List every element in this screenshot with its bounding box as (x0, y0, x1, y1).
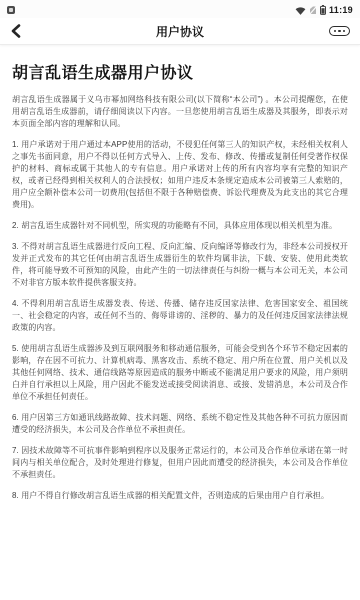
nav-bar: 用户协议 (0, 18, 360, 45)
back-chevron-icon (10, 24, 22, 38)
app-screen: 11:19 用户协议 胡言乱语生成器用户协议 胡言乱语生成器属于义乌市幂加网络科… (0, 0, 360, 600)
agreement-paragraph-7: 7. 因技术故障等不可抗事件影响到程序以及服务正常运行的，本公司及合作单位承诺在… (12, 445, 348, 481)
page-title: 用户协议 (0, 23, 360, 40)
agreement-paragraph-4: 4. 不得利用胡言乱语生成器发表、传送、传播、储存违反国家法律、危害国家安全、祖… (12, 298, 348, 334)
agreement-paragraph-1: 1. 用户承诺对于用户通过本APP使用的活动，不侵犯任何第三人的知识产权，未经相… (12, 139, 348, 211)
agreement-paragraph-6: 6. 用户因第三方如通讯线路故障、技术问题、网络、系统不稳定性及其他各种不可抗力… (12, 412, 348, 436)
agreement-paragraph-8: 8. 用户不得自行修改胡言乱语生成器的相关配置文件，否则造成的后果由用户自行承担… (12, 490, 348, 502)
agreement-title: 胡言乱语生成器用户协议 (12, 60, 348, 83)
agreement-content: 胡言乱语生成器用户协议 胡言乱语生成器属于义乌市幂加网络科技有限公司(以下简称“… (0, 45, 360, 502)
battery-icon (320, 5, 326, 15)
status-bar: 11:19 (0, 0, 360, 18)
back-button[interactable] (10, 24, 22, 38)
agreement-paragraph-3: 3. 不得对胡言乱语生成器进行反向工程、反向汇编、反向编译等修改行为，非经本公司… (12, 241, 348, 289)
wifi-icon (295, 6, 306, 15)
status-time: 11:19 (329, 5, 353, 15)
more-menu-button[interactable] (329, 26, 350, 36)
no-signal-icon (309, 6, 317, 15)
notification-icon (7, 6, 15, 14)
more-menu-capsule-icon (329, 26, 350, 36)
agreement-paragraph-5: 5. 使用胡言乱语生成器涉及到互联网服务和移动通信服务，可能会受到各个环节不稳定… (12, 343, 348, 403)
agreement-intro-paragraph: 胡言乱语生成器属于义乌市幂加网络科技有限公司(以下简称“本公司”) 。本公司提醒… (12, 94, 348, 130)
agreement-paragraph-2: 2. 胡言乱语生成器针对不同机型，所实现的功能略有不同，具体应用体现以相关机型为… (12, 220, 348, 232)
